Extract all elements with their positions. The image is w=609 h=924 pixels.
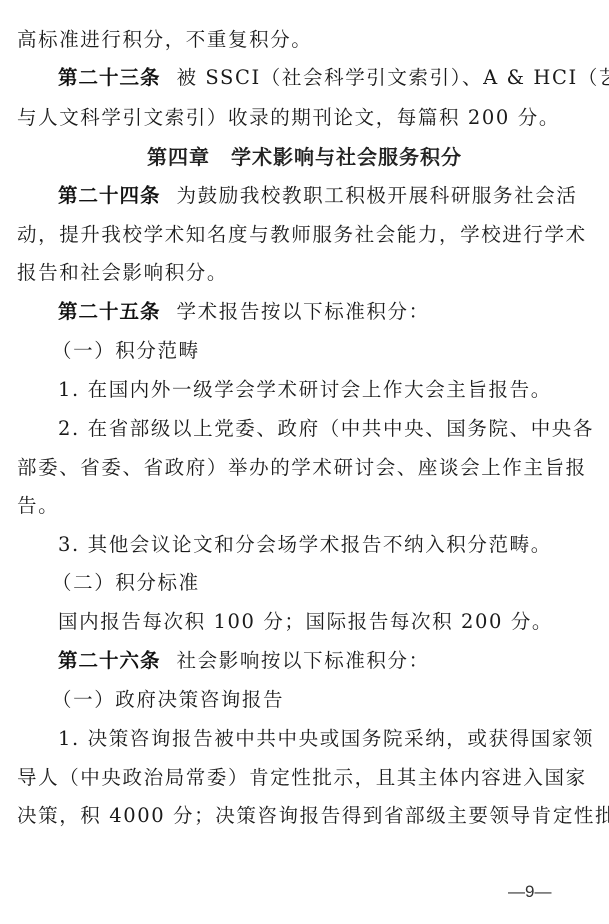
subsection-heading: （一）积分范畴 xyxy=(52,338,587,364)
chapter-heading: 第四章 学术影响与社会服务积分 xyxy=(0,144,609,170)
paragraph-line: 报告和社会影响积分。 xyxy=(17,260,593,286)
list-item: 1. 决策咨询报告被中共中央或国务院采纳，或获得国家领 xyxy=(58,726,593,752)
paragraph-line: 告。 xyxy=(17,493,593,519)
paragraph-line: 与人文科学引文索引）收录的期刊论文，每篇积 200 分。 xyxy=(17,105,593,131)
list-item: 1. 在国内外一级学会学术研讨会上作大会主旨报告。 xyxy=(58,377,593,403)
document-page: 高标准进行积分，不重复积分。 第二十三条被 SSCI（社会科学引文索引）、A &… xyxy=(0,0,609,924)
list-item: 3. 其他会议论文和分会场学术报告不纳入积分范畴。 xyxy=(58,532,593,558)
article-23-line: 第二十三条被 SSCI（社会科学引文索引）、A & HCI（艺术 xyxy=(58,65,593,91)
paragraph-line: 决策，积 4000 分；决策咨询报告得到省部级主要领导肯定性批 xyxy=(17,803,593,829)
article-number: 第二十三条 xyxy=(58,66,161,89)
paragraph-line: 动，提升我校学术知名度与教师服务社会能力，学校进行学术 xyxy=(17,222,593,248)
page-number: —9— xyxy=(508,882,551,902)
article-25-line: 第二十五条学术报告按以下标准积分： xyxy=(58,299,593,325)
article-text: 学术报告按以下标准积分： xyxy=(177,300,430,323)
list-item: 2. 在省部级以上党委、政府（中共中央、国务院、中央各 xyxy=(58,416,593,442)
paragraph-line: 导人（中央政治局常委）肯定性批示，且其主体内容进入国家 xyxy=(17,765,593,791)
subsection-heading: （一）政府决策咨询报告 xyxy=(52,687,587,713)
paragraph-line: 部委、省委、省政府）举办的学术研讨会、座谈会上作主旨报 xyxy=(17,455,593,481)
article-number: 第二十四条 xyxy=(58,184,161,207)
paragraph-line: 国内报告每次积 100 分；国际报告每次积 200 分。 xyxy=(58,609,593,635)
article-number: 第二十六条 xyxy=(58,649,161,672)
paragraph-line: 高标准进行积分，不重复积分。 xyxy=(17,27,593,53)
subsection-heading: （二）积分标准 xyxy=(52,570,587,596)
article-26-line: 第二十六条社会影响按以下标准积分： xyxy=(58,648,593,674)
article-text: 为鼓励我校教职工积极开展科研服务社会活 xyxy=(177,184,578,207)
article-text: 被 SSCI（社会科学引文索引）、A & HCI（艺术 xyxy=(177,66,609,89)
article-24-line: 第二十四条为鼓励我校教职工积极开展科研服务社会活 xyxy=(58,183,593,209)
article-number: 第二十五条 xyxy=(58,300,161,323)
article-text: 社会影响按以下标准积分： xyxy=(177,649,430,672)
